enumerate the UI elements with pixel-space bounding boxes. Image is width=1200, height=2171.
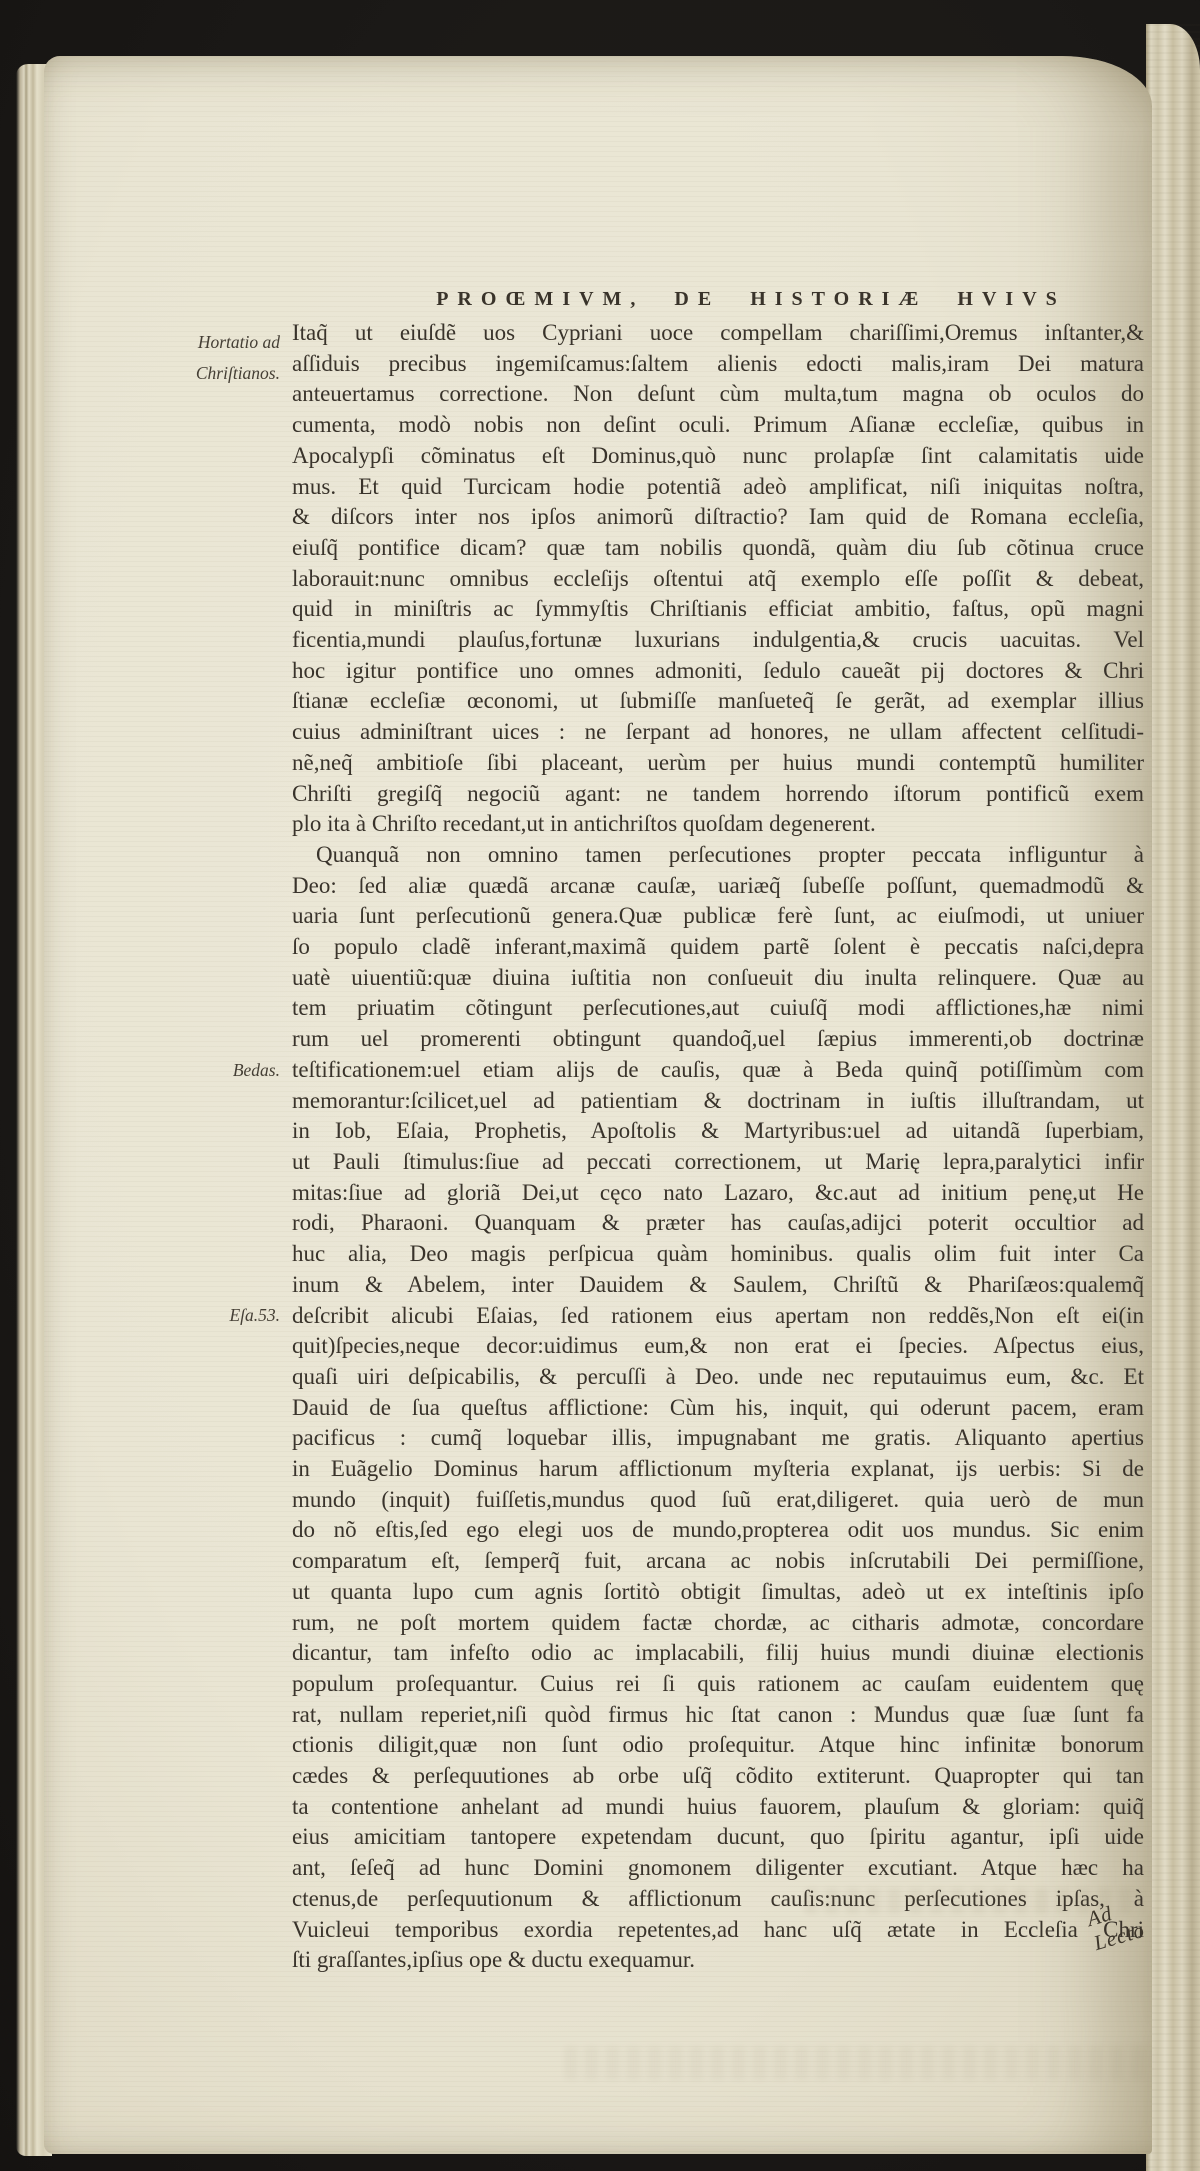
fore-edge-pages: [1146, 24, 1200, 2171]
text-line: aſſiduis precibus ingemiſcamus:ſaltem al…: [292, 349, 1144, 380]
body-text-block: Itaq̃ ut eiuſdẽ uos Cypriani uoce compel…: [292, 318, 1144, 1976]
text-line: Dauid de ſua queſtus afflictione: Cùm hi…: [292, 1393, 1144, 1424]
text-line: rum, ne poſt mortem quidem factæ chordæ,…: [292, 1608, 1144, 1639]
verso-show-through: [804, 1888, 1144, 1914]
text-line: ctionis diligit,quæ non ſunt odio proſeq…: [292, 1730, 1144, 1761]
text-line: Deo: ſed aliæ quædã arcanæ cauſæ, uariæq…: [292, 871, 1144, 902]
text-line: huc alia, Deo magis perſpicua quàm homin…: [292, 1239, 1144, 1270]
text-line: uatè uiuentiũ:quæ diuina iuſtitia non co…: [292, 963, 1144, 994]
text-line: in Euãgelio Dominus harum afflictionum m…: [292, 1454, 1144, 1485]
text-line: populum proſequantur. Cuius rei ſi quis …: [292, 1669, 1144, 1700]
text-line: cuius adminiſtrant uices : ne ſerpant ad…: [292, 717, 1144, 748]
text-line: inum & Abelem, inter Dauidem & Saulem, C…: [292, 1270, 1144, 1301]
text-line: hoc igitur pontifice uno omnes admoniti,…: [292, 656, 1144, 687]
text-line: comparatum eſt, ſemperq̃ fuit, arcana ac…: [292, 1546, 1144, 1577]
text-line: quid in miniſtris ac ſymmyſtis Chriſtian…: [292, 594, 1144, 625]
text-line: ſo populo cladẽ inferant,maximã quidem p…: [292, 932, 1144, 963]
text-line: plo ita à Chriſto recedant,ut in antichr…: [292, 809, 1144, 840]
text-line: ut quanta lupo cum agnis ſortitò obtigit…: [292, 1577, 1144, 1608]
margin-note-line: Eſa.53.: [102, 1300, 280, 1331]
text-line: ta contentione anhelant ad mundi huius f…: [292, 1792, 1144, 1823]
text-line: memorantur:ſcilicet,uel ad patientiam & …: [292, 1086, 1144, 1117]
text-line: mitas:ſiue ad gloriã Dei,ut cęco nato La…: [292, 1178, 1144, 1209]
text-line: dicantur, tam infeſto odio ac implacabil…: [292, 1638, 1144, 1669]
margin-note-line: Hortatio ad: [102, 327, 280, 358]
text-line: eius amicitiam tantopere expetendam ducu…: [292, 1822, 1144, 1853]
text-line: deſcribit alicubi Eſaias, ſed rationem e…: [292, 1301, 1144, 1332]
text-line: cumenta, modò nobis non deſint oculi. Pr…: [292, 410, 1144, 441]
text-line: quaſi uiri deſpicabilis, & percuſſi à De…: [292, 1362, 1144, 1393]
margin-note-line: Chriſtianos.: [102, 358, 280, 389]
text-line: Vuicleui temporibus exordia repetentes,a…: [292, 1915, 1144, 1946]
text-line: rodi, Pharaoni. Quanquam & præter has ca…: [292, 1208, 1144, 1239]
text-line: uaria ſunt perſecutionũ genera.Quæ publi…: [292, 901, 1144, 932]
text-line: eiuſq̃ pontifice dicam? quæ tam nobilis …: [292, 533, 1144, 564]
text-line: Quanquã non omnino tamen perſecutiones p…: [292, 840, 1144, 871]
text-line: tem priuatim cõtingunt perſecutiones,aut…: [292, 993, 1144, 1024]
text-line: rum uel promerenti obtingunt quandoq̃,ue…: [292, 1024, 1144, 1055]
text-line: anteuertamus correctione. Non deſunt cùm…: [292, 379, 1144, 410]
text-line: & diſcors inter nos ipſos animorũ diſtra…: [292, 502, 1144, 533]
text-line: laborauit:nunc omnibus eccleſijs oſtentu…: [292, 564, 1144, 595]
text-line: mundo (inquit) fuiſſetis,mundus quod ſuũ…: [292, 1485, 1144, 1516]
text-line: ſti graſſantes,ipſius ope & ductu exequa…: [292, 1945, 1144, 1976]
text-line: teſtificationem:uel etiam alijs de cauſi…: [292, 1055, 1144, 1086]
margin-note-line: Bedas.: [102, 1055, 280, 1086]
text-line: mus. Et quid Turcicam hodie potentiã ade…: [292, 472, 1144, 503]
margin-note-hortatio: Hortatio ad Chriſtianos.: [102, 327, 280, 388]
scanned-book-photo: PROŒMIVM, DE HISTORIÆ HVIVS Hortatio ad …: [0, 0, 1200, 2171]
book-page: PROŒMIVM, DE HISTORIÆ HVIVS Hortatio ad …: [44, 56, 1152, 2154]
text-line: ficentia,mundi plauſus,fortunæ luxurians…: [292, 625, 1144, 656]
text-line: Chriſti gregiſq̃ negociũ agant: ne tande…: [292, 779, 1144, 810]
text-line: ut Pauli ſtimulus:ſiue ad peccati correc…: [292, 1147, 1144, 1178]
text-line: cædes & perſequutiones ab orbe uſq̃ cõdi…: [292, 1761, 1144, 1792]
text-line: in Iob, Eſaia, Prophetis, Apoſtolis & Ma…: [292, 1116, 1144, 1147]
text-line: ſtianæ eccleſiæ œconomi, ut ſubmiſſe man…: [292, 686, 1144, 717]
running-header: PROŒMIVM, DE HISTORIÆ HVIVS: [292, 288, 1144, 311]
text-line: quit)ſpecies,neque decor:uidimus eum,& n…: [292, 1331, 1144, 1362]
text-line: Itaq̃ ut eiuſdẽ uos Cypriani uoce compel…: [292, 318, 1144, 349]
text-line: Apocalypſi cõminatus eſt Dominus,quò nun…: [292, 441, 1144, 472]
margin-note-esa53: Eſa.53.: [102, 1300, 280, 1331]
margin-note-bedas: Bedas.: [102, 1055, 280, 1086]
text-line: rat, nullam reperiet,niſi quòd firmus hi…: [292, 1700, 1144, 1731]
text-line: pacificus : cumq̃ loquebar illis, impugn…: [292, 1423, 1144, 1454]
text-line: nẽ,neq̃ ambitioſe ſibi placeant, uerùm p…: [292, 748, 1144, 779]
text-line: do nõ eſtis,ſed ego elegi uos de mundo,p…: [292, 1515, 1144, 1546]
verso-show-through: [564, 2046, 1154, 2080]
text-line: ant, ſeſeq̃ ad hunc Domini gnomonem dili…: [292, 1853, 1144, 1884]
